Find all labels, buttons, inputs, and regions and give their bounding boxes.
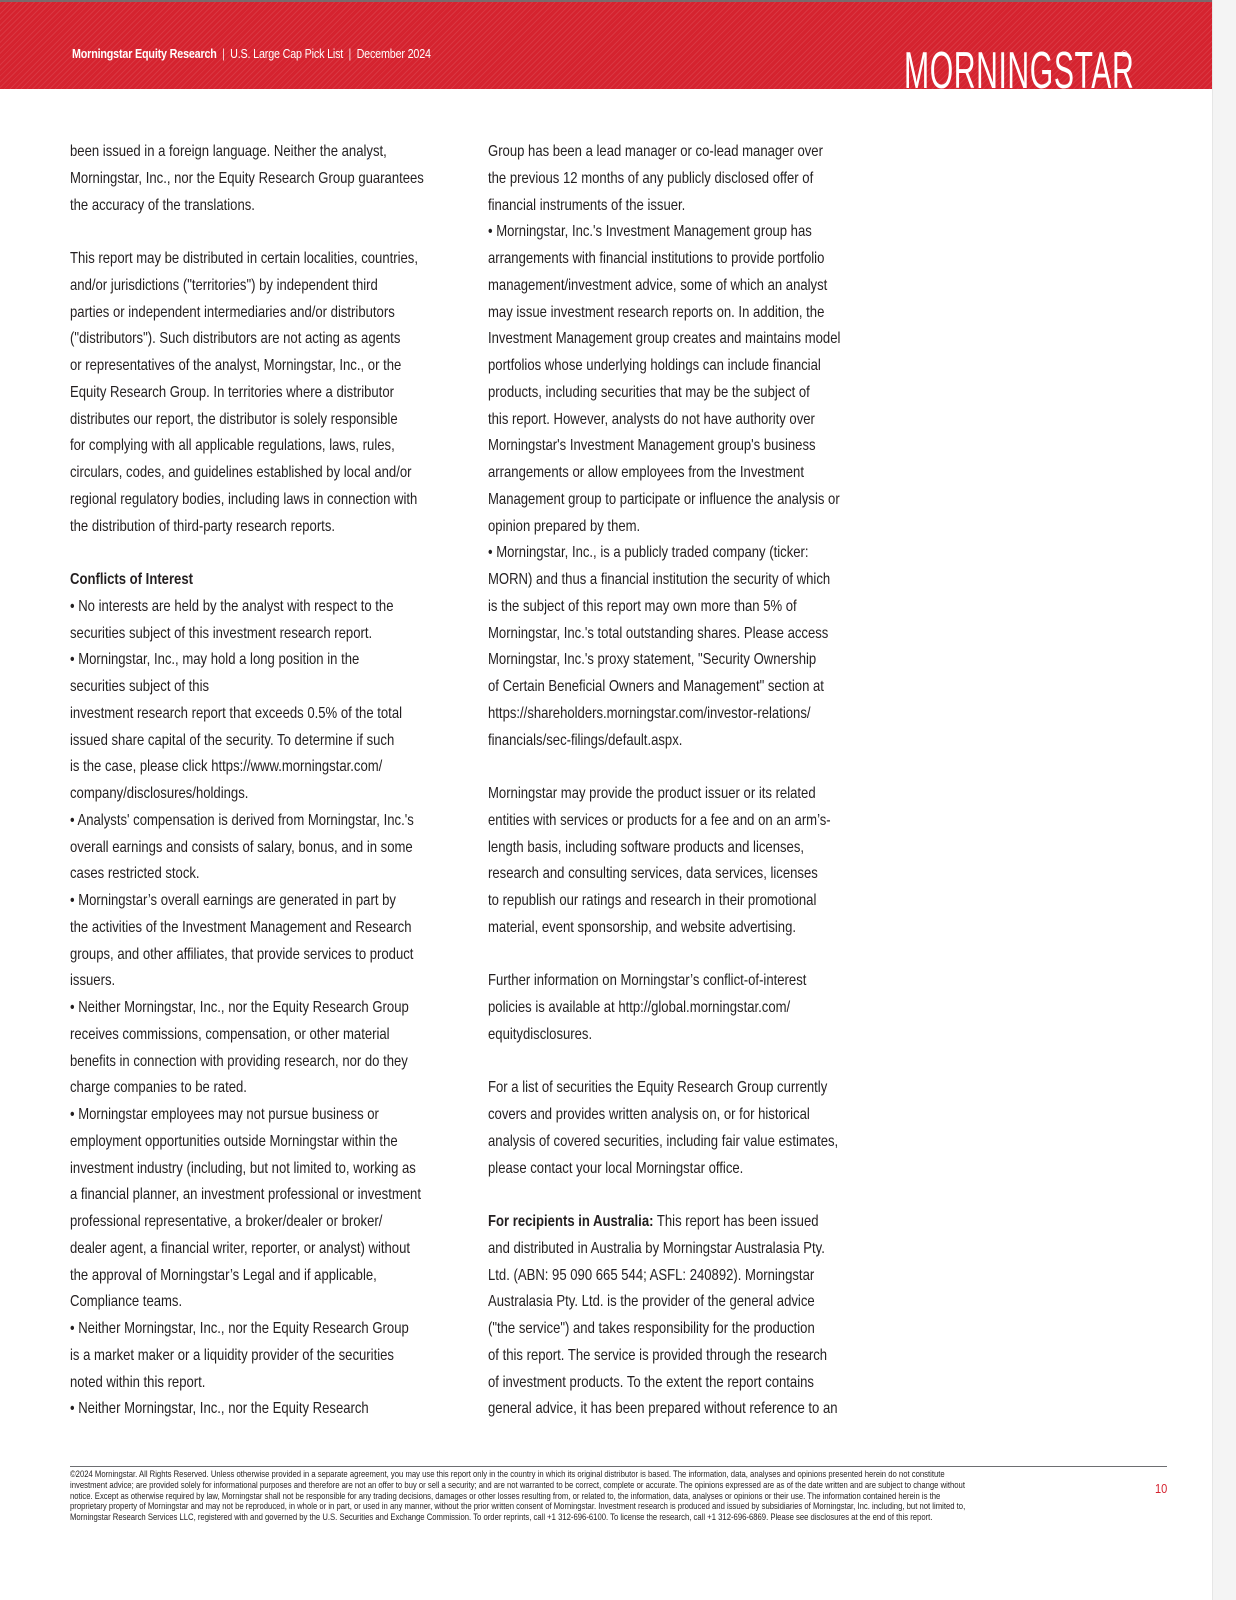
bullet-line: the previous 12 months of any publicly d…: [488, 166, 824, 193]
bullet-line: investment research report that exceeds …: [70, 701, 406, 728]
footer-line: proprietary property of Morningstar and …: [70, 1501, 1130, 1512]
text-line: to republish our ratings and research in…: [488, 888, 824, 915]
text-line: material, event sponsorship, and website…: [488, 915, 824, 942]
bullet-line: • Morningstar, Inc., is a publicly trade…: [488, 540, 824, 567]
logo-wordmark: MORNINGSTAR: [904, 49, 1134, 91]
paragraph-gap: [488, 942, 888, 969]
bullet-line: financial instruments of the issuer.: [488, 193, 824, 220]
footer-line: ©2024 Morningstar. All Rights Reserved. …: [70, 1469, 1130, 1480]
bullet-line: • Morningstar’s overall earnings are gen…: [70, 888, 406, 915]
paragraph-australia: For recipients in Australia: This report…: [488, 1209, 888, 1423]
text-line: This report may be distributed in certai…: [70, 246, 406, 273]
registered-mark-icon: ®: [1121, 49, 1128, 59]
bullet-line: may issue investment research reports on…: [488, 300, 824, 327]
equity-disclosures-link-line[interactable]: policies is available at http://global.m…: [488, 995, 824, 1022]
bullet-line: management/investment advice, some of wh…: [488, 273, 824, 300]
bullet-line: opinion prepared by them.: [488, 514, 824, 541]
paragraph-securities-list: For a list of securities the Equity Rese…: [488, 1075, 888, 1182]
bullet-line: is the subject of this report may own mo…: [488, 594, 824, 621]
bullet-line: products, including securities that may …: [488, 380, 824, 407]
bullet-line: overall earnings and consists of salary,…: [70, 835, 406, 862]
bullet-line: the activities of the Investment Managem…: [70, 915, 406, 942]
paragraph-gap: [488, 1049, 888, 1076]
footer-line: Morningstar Research Services LLC, regis…: [70, 1512, 1130, 1523]
bullet-line: groups, and other affiliates, that provi…: [70, 942, 406, 969]
paragraph-gap: [488, 754, 888, 781]
bullet-line: arrangements with financial institutions…: [488, 246, 824, 273]
text-line: of investment products. To the extent th…: [488, 1370, 824, 1397]
text-line: For a list of securities the Equity Rese…: [488, 1075, 824, 1102]
bullet-line: charge companies to be rated.: [70, 1075, 406, 1102]
bullet-line: • Morningstar employees may not pursue b…: [70, 1102, 406, 1129]
paragraph-distribution: This report may be distributed in certai…: [70, 246, 470, 540]
text-line: Ltd. (ABN: 95 090 665 544; ASFL: 240892)…: [488, 1263, 824, 1290]
bullet-line: MORN) and thus a financial institution t…: [488, 567, 824, 594]
footer-disclaimer: ©2024 Morningstar. All Rights Reserved. …: [70, 1469, 1236, 1523]
bullet-line: employment opportunities outside Morning…: [70, 1129, 406, 1156]
text-line: general advice, it has been prepared wit…: [488, 1396, 824, 1423]
paragraph-further-info: Further information on Morningstar’s con…: [488, 968, 888, 1048]
report-date: December 2024: [357, 47, 431, 61]
header-separator: |: [220, 47, 228, 61]
text-line: or representatives of the analyst, Morni…: [70, 353, 406, 380]
paragraph-translations: been issued in a foreign language. Neith…: [70, 139, 470, 219]
text-line: of this report. The service is provided …: [488, 1343, 824, 1370]
bullet-line: Management group to participate or influ…: [488, 487, 824, 514]
text-line: circulars, codes, and guidelines establi…: [70, 460, 406, 487]
bullet-line: securities subject of this: [70, 674, 406, 701]
footer-line: notice. Except as otherwise required by …: [70, 1491, 1130, 1502]
paragraph-services: Morningstar may provide the product issu…: [488, 781, 888, 942]
text-line: the distribution of third-party research…: [70, 514, 406, 541]
left-column: been issued in a foreign language. Neith…: [70, 139, 470, 1423]
conflicts-continued: Group has been a lead manager or co-lead…: [488, 139, 888, 754]
text-line: for complying with all applicable regula…: [70, 433, 406, 460]
bullet-line: Morningstar, Inc.'s proxy statement, "Se…: [488, 647, 824, 674]
bullet-line: issued share capital of the security. To…: [70, 728, 406, 755]
bullet-line: Investment Management group creates and …: [488, 326, 824, 353]
conflicts-heading: Conflicts of Interest: [70, 567, 406, 594]
text-line: ("the service") and takes responsibility…: [488, 1316, 824, 1343]
footer-line: investment advice; are provided solely f…: [70, 1480, 1130, 1491]
text-line: Equity Research Group. In territories wh…: [70, 380, 406, 407]
page-edge: [1212, 0, 1236, 1600]
text-line: regional regulatory bodies, including la…: [70, 487, 406, 514]
equity-disclosures-link-line[interactable]: equitydisclosures.: [488, 1022, 824, 1049]
text-line: Morningstar, Inc., nor the Equity Resear…: [70, 166, 406, 193]
bullet-line: benefits in connection with providing re…: [70, 1049, 406, 1076]
bullet-line: • Analysts' compensation is derived from…: [70, 808, 406, 835]
text-line: and/or jurisdictions ("territories") by …: [70, 273, 406, 300]
bullet-line: dealer agent, a financial writer, report…: [70, 1236, 406, 1263]
bullet-line: • No interests are held by the analyst w…: [70, 594, 406, 621]
bullet-line: • Morningstar, Inc.'s Investment Managem…: [488, 219, 824, 246]
text-line: been issued in a foreign language. Neith…: [70, 139, 406, 166]
sec-filings-link-line[interactable]: https://shareholders.morningstar.com/inv…: [488, 701, 824, 728]
text-line: entities with services or products for a…: [488, 808, 824, 835]
report-title: U.S. Large Cap Pick List: [230, 47, 343, 61]
text-line: Morningstar may provide the product issu…: [488, 781, 824, 808]
paragraph-gap: [70, 219, 470, 246]
text-line: parties or independent intermediaries an…: [70, 300, 406, 327]
holdings-link-line[interactable]: is the case, please click https://www.mo…: [70, 754, 406, 781]
publication-name: Morningstar Equity Research: [72, 47, 217, 61]
text-line: Australasia Pty. Ltd. is the provider of…: [488, 1289, 824, 1316]
text-line: please contact your local Morningstar of…: [488, 1156, 824, 1183]
australia-first-line-rest: This report has been issued: [653, 1213, 818, 1230]
bullet-line: Group has been a lead manager or co-lead…: [488, 139, 824, 166]
page-number: 10: [1155, 1481, 1167, 1496]
header-title: Morningstar Equity Research | U.S. Large…: [72, 47, 431, 61]
bullet-line: Compliance teams.: [70, 1289, 406, 1316]
bullet-line: professional representative, a broker/de…: [70, 1209, 406, 1236]
morningstar-logo: MORNINGSTAR ®: [904, 49, 1144, 91]
bullet-line: • Neither Morningstar, Inc., nor the Equ…: [70, 1316, 406, 1343]
australia-label: For recipients in Australia:: [488, 1213, 653, 1230]
bullet-line: this report. However, analysts do not ha…: [488, 407, 824, 434]
paragraph-gap: [70, 540, 470, 567]
text-line: For recipients in Australia: This report…: [488, 1209, 824, 1236]
bullet-line: issuers.: [70, 968, 406, 995]
text-line: research and consulting services, data s…: [488, 861, 824, 888]
bullet-line: • Morningstar, Inc., may hold a long pos…: [70, 647, 406, 674]
bullet-line: of Certain Beneficial Owners and Managem…: [488, 674, 824, 701]
right-column: Group has been a lead manager or co-lead…: [488, 139, 888, 1423]
footer-divider: [70, 1466, 1167, 1467]
bullet-line: investment industry (including, but not …: [70, 1156, 406, 1183]
bullet-line: receives commissions, compensation, or o…: [70, 1022, 406, 1049]
sec-filings-link-line[interactable]: financials/sec-filings/default.aspx.: [488, 728, 824, 755]
text-line: ("distributors"). Such distributors are …: [70, 326, 406, 353]
paragraph-gap: [488, 1182, 888, 1209]
bullet-line: a financial planner, an investment profe…: [70, 1182, 406, 1209]
text-line: the accuracy of the translations.: [70, 193, 406, 220]
bullet-line: portfolios whose underlying holdings can…: [488, 353, 824, 380]
text-line: length basis, including software product…: [488, 835, 824, 862]
bullet-line: the approval of Morningstar’s Legal and …: [70, 1263, 406, 1290]
text-line: analysis of covered securities, includin…: [488, 1129, 824, 1156]
text-line: Further information on Morningstar’s con…: [488, 968, 824, 995]
bullet-line: • Neither Morningstar, Inc., nor the Equ…: [70, 995, 406, 1022]
bullet-line: is a market maker or a liquidity provide…: [70, 1343, 406, 1370]
bullet-line: cases restricted stock.: [70, 861, 406, 888]
text-line: distributes our report, the distributor …: [70, 407, 406, 434]
bullet-line: Morningstar's Investment Management grou…: [488, 433, 824, 460]
text-line: and distributed in Australia by Mornings…: [488, 1236, 824, 1263]
header-separator: |: [346, 47, 354, 61]
bullet-line: Morningstar, Inc.'s total outstanding sh…: [488, 621, 824, 648]
holdings-link-line[interactable]: company/disclosures/holdings.: [70, 781, 406, 808]
bullet-line: securities subject of this investment re…: [70, 621, 406, 648]
bullet-line: • Neither Morningstar, Inc., nor the Equ…: [70, 1396, 406, 1423]
conflicts-section: Conflicts of Interest • No interests are…: [70, 567, 470, 1423]
report-header-banner: Morningstar Equity Research | U.S. Large…: [0, 0, 1212, 89]
bullet-line: noted within this report.: [70, 1370, 406, 1397]
text-line: covers and provides written analysis on,…: [488, 1102, 824, 1129]
bullet-line: arrangements or allow employees from the…: [488, 460, 824, 487]
